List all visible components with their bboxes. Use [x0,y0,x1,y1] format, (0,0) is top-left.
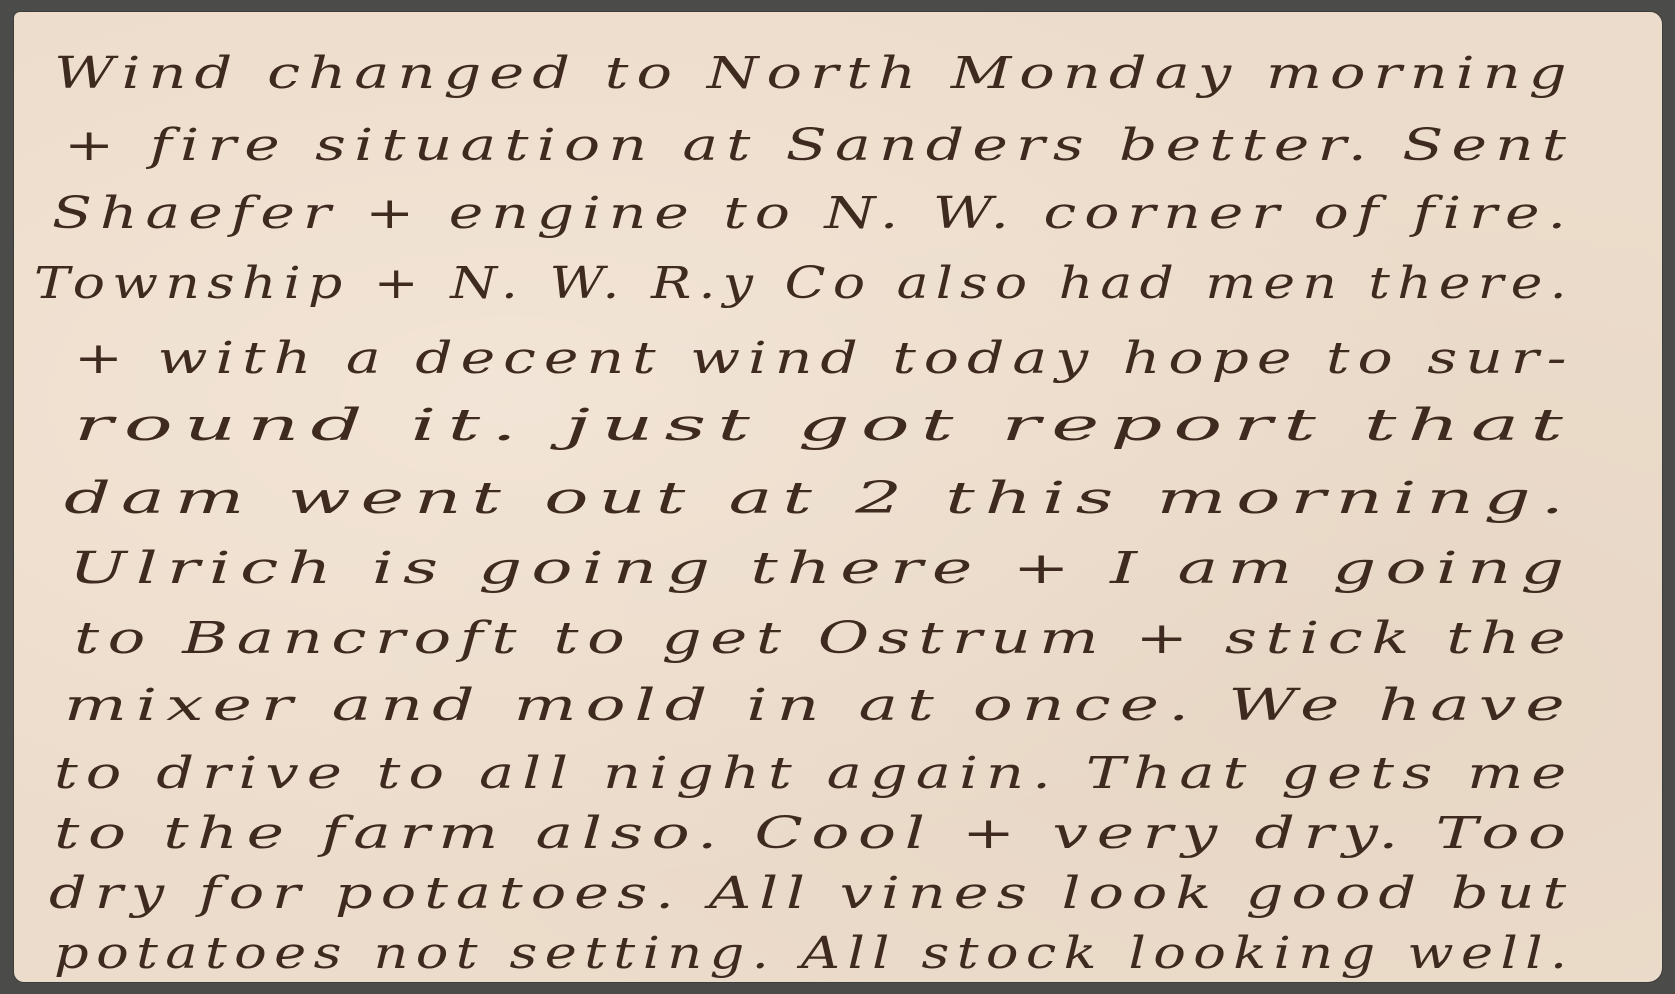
handwritten-line-11: to drive to all night again. That gets m… [54,752,1574,796]
handwritten-line-8: Ulrich is going there + I am going [69,547,1573,591]
handwritten-line-12: to the farm also. Cool + very dry. Too [54,812,1575,856]
handwritten-line-9: to Bancroft to get Ostrum + stick the [74,617,1574,661]
handwritten-line-5: + with a decent wind today hope to sur- [74,337,1574,381]
handwritten-line-13: dry for potatoes. All vines look good bu… [49,872,1574,916]
handwritten-line-6: round it. just got report that [74,404,1574,448]
postcard: Wind changed to North Monday morning + f… [14,12,1662,982]
handwritten-line-1: Wind changed to North Monday morning [54,52,1575,96]
handwritten-line-7: dam went out at 2 this morning. [64,477,1574,521]
handwritten-line-4: Township + N. W. R.y Co also had men the… [34,262,1574,306]
handwritten-line-2: + fire situation at Sanders better. Sent [64,124,1574,168]
handwritten-line-3: Shaefer + engine to N. W. corner of fire… [52,192,1574,236]
handwritten-line-14: potatoes not setting. All stock looking … [54,932,1575,976]
handwritten-line-10: mixer and mold in at once. We have [64,684,1574,728]
